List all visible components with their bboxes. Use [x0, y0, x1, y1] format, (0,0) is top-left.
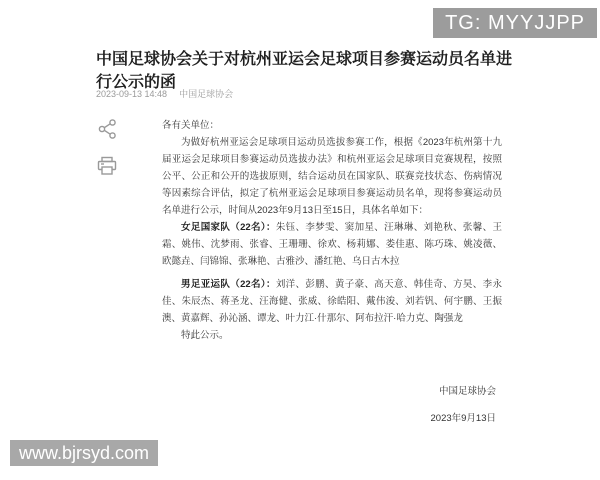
publish-source: 中国足球协会	[179, 89, 233, 99]
site-watermark: www.bjrsyd.com	[10, 440, 158, 466]
womens-team-list: 女足国家队（22名）：朱钰、李梦雯、窦加星、汪琳琳、刘艳秋、张馨、王霜、姚伟、沈…	[162, 219, 502, 270]
womens-team-label: 女足国家队（22名）：	[181, 222, 276, 233]
signature-org: 中国足球协会	[162, 383, 496, 400]
telegram-watermark-badge: TG: MYYJJPP	[433, 8, 597, 38]
mens-team-label: 男足亚运队（22名）：	[181, 279, 276, 290]
article-toolbar	[97, 119, 117, 176]
publish-datetime: 2023-09-13 14:48	[96, 89, 167, 99]
share-icon[interactable]	[98, 119, 117, 139]
intro-paragraph: 为做好杭州亚运会足球项目运动员选拔参赛工作，根据《2023年杭州第十九届亚运会足…	[162, 134, 502, 219]
salutation: 各有关单位：	[162, 117, 502, 134]
closing-line: 特此公示。	[162, 327, 502, 344]
article-body: 各有关单位： 为做好杭州亚运会足球项目运动员选拔参赛工作，根据《2023年杭州第…	[162, 117, 502, 427]
article-meta: 2023-09-13 14:48中国足球协会	[96, 87, 233, 100]
article-page: TG: MYYJJPP 中国足球协会关于对杭州亚运会足球项目参赛运动员名单进行公…	[0, 0, 600, 480]
signature-date: 2023年9月13日	[162, 410, 496, 427]
mens-team-list: 男足亚运队（22名）：刘洋、彭鹏、黄子豪、高天意、韩佳奇、方昊、李永佳、朱辰杰、…	[162, 276, 502, 327]
print-icon[interactable]	[97, 156, 117, 176]
signature-block: 中国足球协会 2023年9月13日	[162, 383, 502, 427]
